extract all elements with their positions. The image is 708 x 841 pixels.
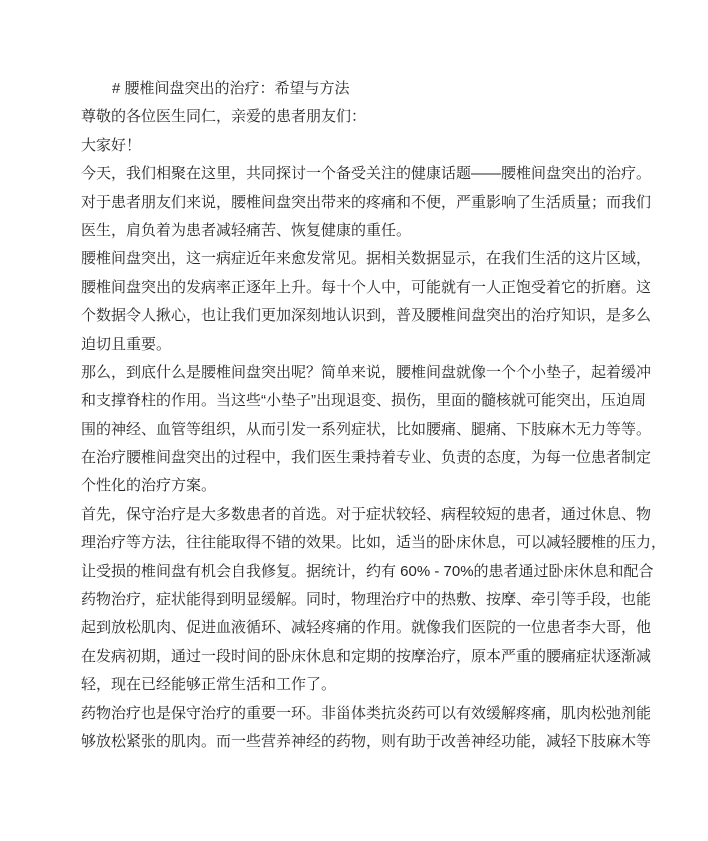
text-line: 让受损的椎间盘有机会自我修复。据统计，约有 60% - 70%的患者通过卧床休息… [81, 558, 659, 586]
text-line: 医生，肩负着为患者减轻痛苦、恢复健康的重任。 [81, 217, 659, 245]
text-line: 尊敬的各位医生同仁，亲爱的患者朋友们： [81, 103, 659, 131]
text-line: 在发病初期，通过一段时间的卧床休息和定期的按摩治疗，原本严重的腰痛症状逐渐减 [81, 643, 659, 671]
text-line: 个性化的治疗方案。 [81, 472, 659, 500]
text-line: 首先，保守治疗是大多数患者的首选。对于症状较轻、病程较短的患者，通过休息、物 [81, 501, 659, 529]
text-line: 个数据令人揪心，也让我们更加深刻地认识到，普及腰椎间盘突出的治疗知识，是多么 [81, 302, 659, 330]
text-line: 和支撑脊柱的作用。当这些“小垫子”出现退变、损伤，里面的髓核就可能突出，压迫周 [81, 387, 659, 415]
text-line: 在治疗腰椎间盘突出的过程中，我们医生秉持着专业、负责的态度，为每一位患者制定 [81, 444, 659, 472]
document-title-line: # 腰椎间盘突出的治疗：希望与方法 [81, 75, 659, 103]
text-line: 围的神经、血管等组织，从而引发一系列症状，比如腰痛、腿痛、下肢麻木无力等等。 [81, 416, 659, 444]
text-line: 药物治疗，症状能得到明显缓解。同时，物理治疗中的热敷、按摩、牵引等手段，也能 [81, 586, 659, 614]
text-line: 起到放松肌肉、促进血液循环、减轻疼痛的作用。就像我们医院的一位患者李大哥，他 [81, 614, 659, 642]
text-line: 腰椎间盘突出的发病率正逐年上升。每十个人中，可能就有一人正饱受着它的折磨。这 [81, 274, 659, 302]
document-page: # 腰椎间盘突出的治疗：希望与方法 尊敬的各位医生同仁，亲爱的患者朋友们： 大家… [81, 75, 659, 756]
text-line: 理治疗等方法，往往能取得不错的效果。比如，适当的卧床休息，可以减轻腰椎的压力， [81, 529, 659, 557]
text-line: 腰椎间盘突出，这一病症近年来愈发常见。据相关数据显示，在我们生活的这片区域， [81, 245, 659, 273]
text-line: 大家好！ [81, 132, 659, 160]
text-line: 对于患者朋友们来说，腰椎间盘突出带来的疼痛和不便，严重影响了生活质量；而我们 [81, 189, 659, 217]
text-line: 迫切且重要。 [81, 331, 659, 359]
text-line: 那么，到底什么是腰椎间盘突出呢？简单来说，腰椎间盘就像一个个小垫子，起着缓冲 [81, 359, 659, 387]
text-line: 今天，我们相聚在这里，共同探讨一个备受关注的健康话题——腰椎间盘突出的治疗。 [81, 160, 659, 188]
text-line: 药物治疗也是保守治疗的重要一环。非甾体类抗炎药可以有效缓解疼痛，肌肉松弛剂能 [81, 700, 659, 728]
text-line: 轻，现在已经能够正常生活和工作了。 [81, 671, 659, 699]
text-line: 够放松紧张的肌肉。而一些营养神经的药物，则有助于改善神经功能，减轻下肢麻木等 [81, 728, 659, 756]
